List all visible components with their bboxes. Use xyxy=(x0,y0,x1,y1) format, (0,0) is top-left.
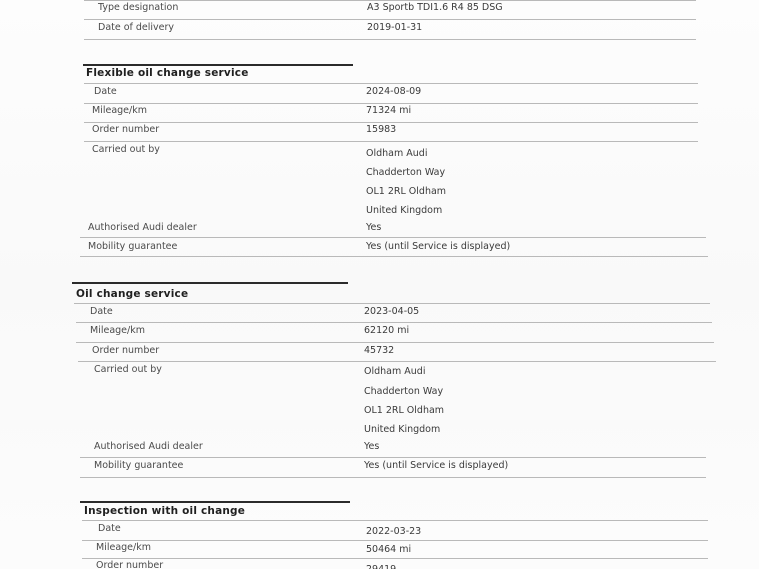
date-label: Date xyxy=(98,523,121,535)
dealer-postcode-city: OL1 2RL Oldham xyxy=(366,186,446,198)
date-of-delivery-value: 2019-01-31 xyxy=(367,22,422,34)
divider xyxy=(80,237,706,238)
date-label: Date xyxy=(90,306,113,318)
section-heavy-rule xyxy=(72,282,348,284)
order-number-label: Order number xyxy=(96,560,163,569)
divider xyxy=(84,83,698,84)
section-title: Oil change service xyxy=(76,288,188,300)
dealer-country: United Kingdom xyxy=(364,424,440,436)
date-label: Date xyxy=(94,86,117,98)
mobility-guarantee-value: Yes (until Service is displayed) xyxy=(366,241,510,253)
authorised-dealer-label: Authorised Audi dealer xyxy=(94,441,203,453)
dealer-street: Chadderton Way xyxy=(366,167,445,179)
authorised-dealer-value: Yes xyxy=(364,441,379,453)
mileage-label: Mileage/km xyxy=(90,325,145,337)
divider xyxy=(76,322,712,323)
date-of-delivery-label: Date of delivery xyxy=(98,22,174,34)
mobility-guarantee-label: Mobility guarantee xyxy=(94,460,183,472)
section-heavy-rule xyxy=(80,501,350,503)
divider xyxy=(84,103,698,104)
section-title: Inspection with oil change xyxy=(84,505,245,517)
divider xyxy=(76,342,714,343)
divider xyxy=(82,520,708,521)
authorised-dealer-label: Authorised Audi dealer xyxy=(88,222,197,234)
divider xyxy=(78,361,716,362)
mileage-label: Mileage/km xyxy=(96,542,151,554)
date-value: 2022-03-23 xyxy=(366,526,421,538)
section-title: Flexible oil change service xyxy=(86,67,249,79)
order-number-value: 29419 xyxy=(366,564,396,569)
dealer-name: Oldham Audi xyxy=(366,148,427,160)
mileage-label: Mileage/km xyxy=(92,105,147,117)
dealer-country: United Kingdom xyxy=(366,205,442,217)
mobility-guarantee-value: Yes (until Service is displayed) xyxy=(364,460,508,472)
carried-out-by-label: Carried out by xyxy=(92,144,160,156)
divider xyxy=(82,540,708,541)
divider xyxy=(84,141,698,142)
carried-out-by-label: Carried out by xyxy=(94,364,162,376)
section-heavy-rule xyxy=(83,64,353,66)
authorised-dealer-value: Yes xyxy=(366,222,381,234)
order-number-label: Order number xyxy=(92,345,159,357)
mileage-value: 50464 mi xyxy=(366,544,411,556)
divider xyxy=(80,457,706,458)
divider xyxy=(84,19,696,20)
date-value: 2024-08-09 xyxy=(366,86,421,98)
divider xyxy=(80,256,708,257)
order-number-value: 15983 xyxy=(366,124,396,136)
order-number-value: 45732 xyxy=(364,345,394,357)
divider xyxy=(80,477,706,478)
mobility-guarantee-label: Mobility guarantee xyxy=(88,241,177,253)
divider xyxy=(84,122,698,123)
order-number-label: Order number xyxy=(92,124,159,136)
divider xyxy=(84,0,696,1)
divider xyxy=(74,303,710,304)
dealer-street: Chadderton Way xyxy=(364,386,443,398)
dealer-name: Oldham Audi xyxy=(364,366,425,378)
type-designation-label: Type designation xyxy=(98,2,178,14)
divider xyxy=(84,39,696,40)
service-history-page: Type designation A3 Sportb TDI1.6 R4 85 … xyxy=(0,0,759,569)
mileage-value: 62120 mi xyxy=(364,325,409,337)
divider xyxy=(82,558,708,559)
mileage-value: 71324 mi xyxy=(366,105,411,117)
dealer-postcode-city: OL1 2RL Oldham xyxy=(364,405,444,417)
date-value: 2023-04-05 xyxy=(364,306,419,318)
type-designation-value: A3 Sportb TDI1.6 R4 85 DSG xyxy=(367,2,503,14)
